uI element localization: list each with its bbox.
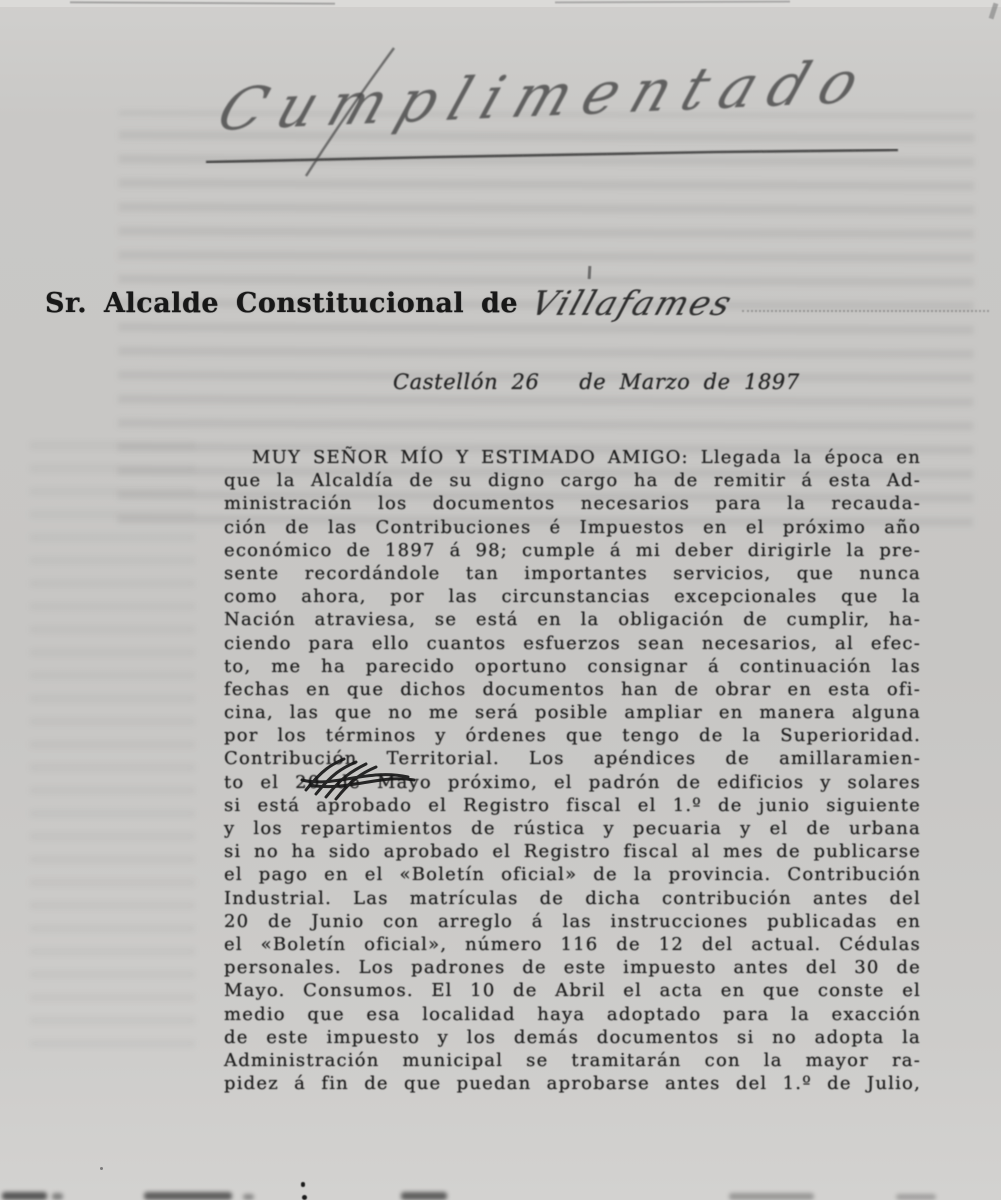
- body-line: MUY SEÑOR MÍO Y ESTIMADO AMIGO: Llegada …: [224, 446, 921, 469]
- body-line: sente recordándole tan importantes servi…: [224, 562, 921, 585]
- dotted-leader-line: [742, 286, 989, 312]
- annotation-text: Cumplimentado: [209, 48, 882, 145]
- body-line: medio que esa localidad haya adoptado pa…: [224, 1003, 921, 1026]
- body-line: que la Alcaldía de su digno cargo ha de …: [224, 469, 921, 492]
- body-line: de este impuesto y los demás documentos …: [224, 1026, 921, 1049]
- underline-flourish: [206, 150, 898, 162]
- bottom-smudge-dot: [302, 1195, 307, 1200]
- bottom-smudge: [52, 1193, 63, 1200]
- body-line: y los repartimientos de rústica y pecuar…: [224, 817, 921, 840]
- body-line: fechas en que dichos documentos han de o…: [224, 678, 921, 701]
- heading-handwritten-town: Villafames: [526, 284, 739, 324]
- bottom-smudge: [401, 1192, 447, 1200]
- body-line: si no ha sido aprobado el Registro fisca…: [224, 840, 921, 863]
- body-line: Mayo. Consumos. El 10 de Abril el acta e…: [224, 979, 921, 1002]
- body-line: Industrial. Las matrículas de dicha cont…: [224, 887, 921, 910]
- body-line: el pago en el «Boletín oficial» de la pr…: [224, 863, 921, 886]
- bottom-smudge: [2, 1192, 47, 1200]
- bottom-smudge: [729, 1193, 814, 1200]
- dateline: Castellón 26 de Marzo de 1897: [393, 370, 800, 394]
- body-line: el «Boletín oficial», número 116 de 12 d…: [224, 933, 921, 956]
- bleed-through-text: [30, 440, 195, 1060]
- bottom-smudge: [243, 1194, 254, 1200]
- body-line: personales. Los padrones de este impuest…: [224, 956, 921, 979]
- body-line: Administración municipal se tramitarán c…: [224, 1049, 921, 1072]
- scanned-document-page: Cumplimentado Sr. Alcalde Constitucional…: [0, 0, 1001, 1200]
- body-line: por los términos y órdenes que tengo de …: [224, 724, 921, 747]
- body-line: ción de las Contribuciones é Impuestos e…: [224, 516, 921, 539]
- bottom-smudge: [896, 1194, 936, 1200]
- body-line: ministración los documentos necesarios p…: [224, 492, 921, 515]
- body-line: pidez á fin de que puedan aprobarse ante…: [224, 1072, 921, 1095]
- body-line: Nación atraviesa, se está en la obligaci…: [224, 608, 921, 631]
- bottom-smudge: [144, 1192, 232, 1200]
- body-line: to, me ha parecido oportuno consignar á …: [224, 655, 921, 678]
- address-heading: Sr. Alcalde Constitucional de Villafames: [45, 281, 991, 321]
- heading-printed-text: Sr. Alcalde Constitucional de: [45, 288, 518, 319]
- handwritten-annotation: Cumplimentado: [176, 28, 936, 193]
- body-line: cina, las que no me será posible ampliar…: [224, 701, 921, 724]
- bottom-smudge-dot: [301, 1182, 305, 1187]
- handwritten-scribble-correction: [296, 750, 436, 804]
- body-line: ciendo para ello cuantos esfuerzos sean …: [224, 632, 921, 655]
- stray-ink-dot: [100, 1167, 103, 1170]
- body-line: económico de 1897 á 98; cumple á mi debe…: [224, 539, 921, 562]
- body-line: como ahora, por las circunstancias excep…: [224, 585, 921, 608]
- body-line: 20 de Junio con arreglo á las instruccio…: [224, 910, 921, 933]
